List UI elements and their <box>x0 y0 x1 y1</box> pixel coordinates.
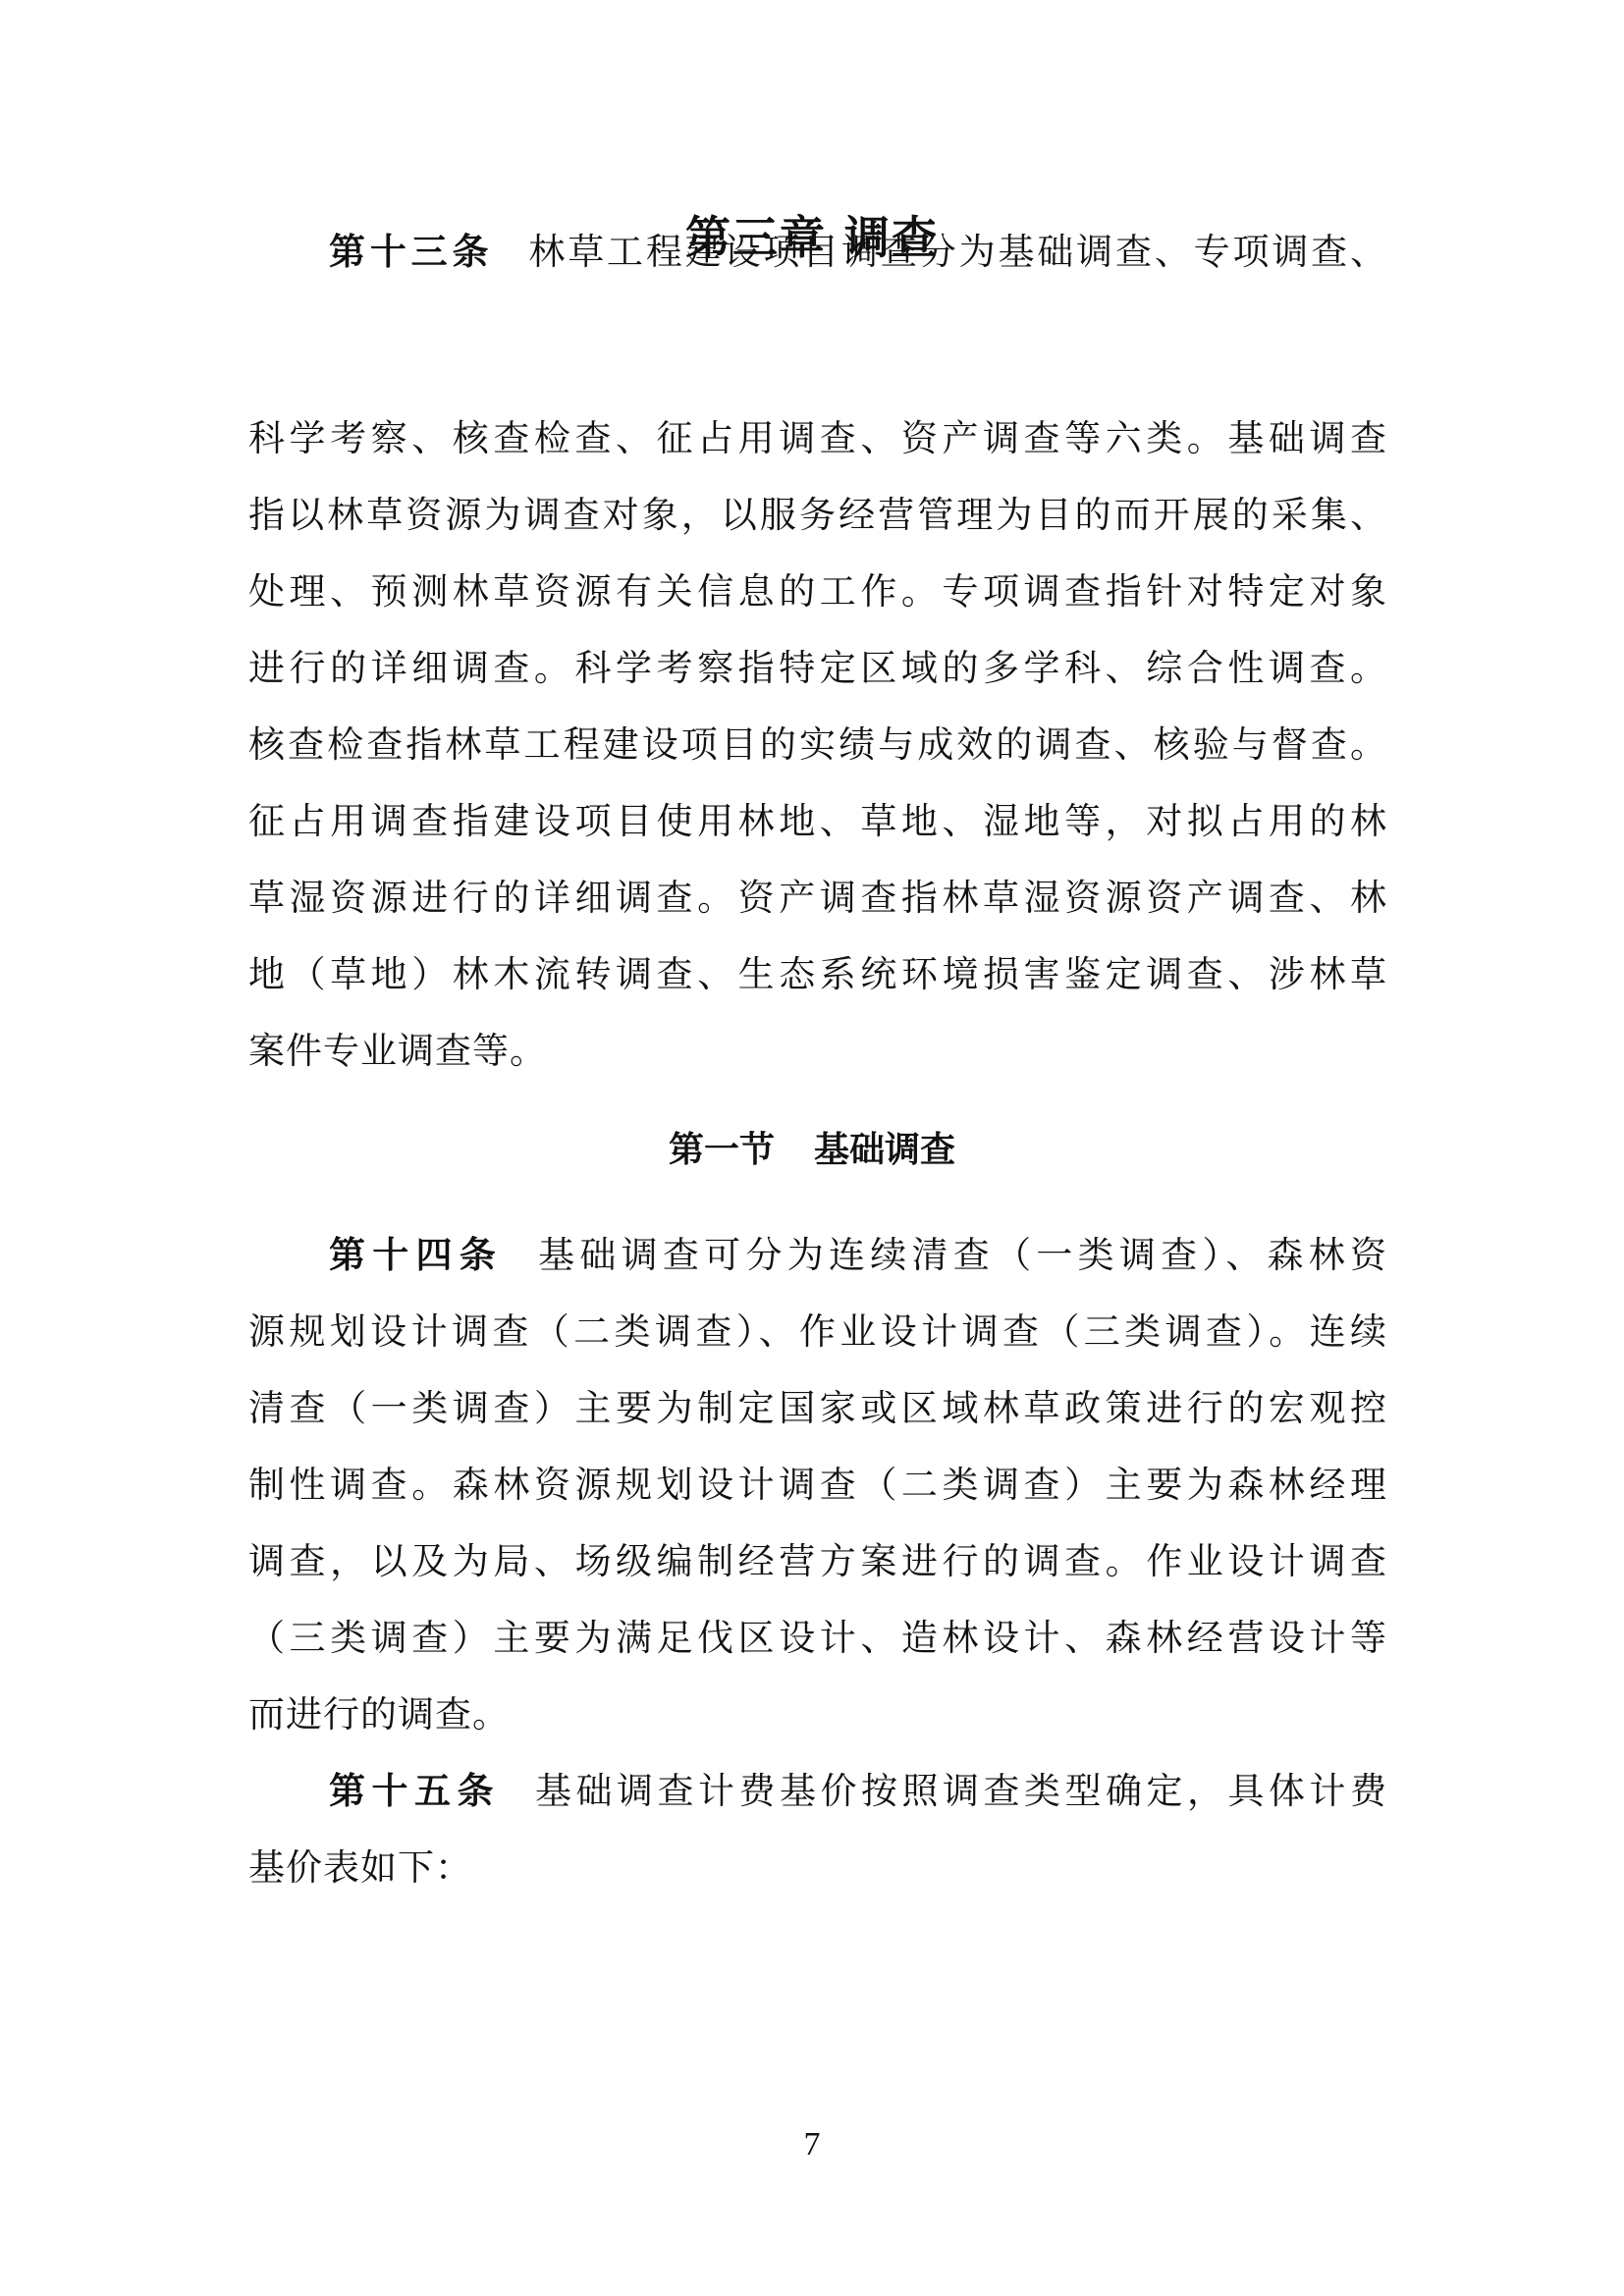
paragraph-line: 指以林草资源为调查对象，以服务经营管理为目的而开展的采集、 <box>248 491 1387 540</box>
paragraph-line: 基价表如下： <box>248 1843 1387 1893</box>
paragraph-line: 处理、预测林草资源有关信息的工作。专项调查指针对特定对象 <box>248 567 1387 616</box>
article-14-line-1: 第十四条基础调查可分为连续清查（一类调查）、森林资 <box>329 1231 1387 1280</box>
paragraph-line: 进行的详细调查。科学考察指特定区域的多学科、综合性调查。 <box>248 644 1387 693</box>
section-name: 基础调查 <box>814 1130 955 1170</box>
paragraph-line: 征占用调查指建设项目使用林地、草地、湿地等，对拟占用的林 <box>248 797 1387 846</box>
paragraph-text: 基础调查计费基价按照调查类型确定，具体计费 <box>535 1770 1387 1812</box>
article-15-line-1: 第十五条基础调查计费基价按照调查类型确定，具体计费 <box>329 1767 1387 1816</box>
paragraph-line: 核查检查指林草工程建设项目的实绩与成效的调查、核验与督查。 <box>248 721 1387 770</box>
paragraph-line: 草湿资源进行的详细调查。资产调查指林草湿资源资产调查、林 <box>248 874 1387 923</box>
paragraph-line: 调查，以及为局、场级编制经营方案进行的调查。作业设计调查 <box>248 1537 1387 1586</box>
document-page: 第三章 调查 第十三条林草工程建设项目调查分为基础调查、专项调查、 科学考察、核… <box>0 0 1624 2296</box>
article-number: 第十四条 <box>329 1234 503 1276</box>
paragraph-line: 制性调查。森林资源规划设计调查（二类调查）主要为森林经理 <box>248 1461 1387 1510</box>
paragraph-text: 林草工程建设项目调查分为基础调查、专项调查、 <box>528 231 1387 273</box>
page-number: 7 <box>0 2125 1624 2164</box>
paragraph-line: 清查（一类调查）主要为制定国家或区域林草政策进行的宏观控 <box>248 1384 1387 1433</box>
section-number: 第一节 <box>669 1130 775 1170</box>
article-13-line-1: 第十三条林草工程建设项目调查分为基础调查、专项调查、 <box>329 228 1387 277</box>
paragraph-text: 基础调查可分为连续清查（一类调查）、森林资 <box>538 1234 1387 1276</box>
paragraph-line: （三类调查）主要为满足伐区设计、造林设计、森林经营设计等 <box>248 1614 1387 1663</box>
paragraph-line: 案件专业调查等。 <box>248 1027 1387 1076</box>
article-number: 第十三条 <box>329 231 493 273</box>
article-number: 第十五条 <box>329 1770 500 1812</box>
paragraph-line: 源规划设计调查（二类调查）、作业设计调查（三类调查）。连续 <box>248 1308 1387 1357</box>
paragraph-line: 而进行的调查。 <box>248 1690 1387 1739</box>
section-title: 第一节基础调查 <box>0 1126 1624 1175</box>
paragraph-line: 地（草地）林木流转调查、生态系统环境损害鉴定调查、涉林草 <box>248 950 1387 999</box>
paragraph-line: 科学考察、核查检查、征占用调查、资产调查等六类。基础调查 <box>248 414 1387 463</box>
